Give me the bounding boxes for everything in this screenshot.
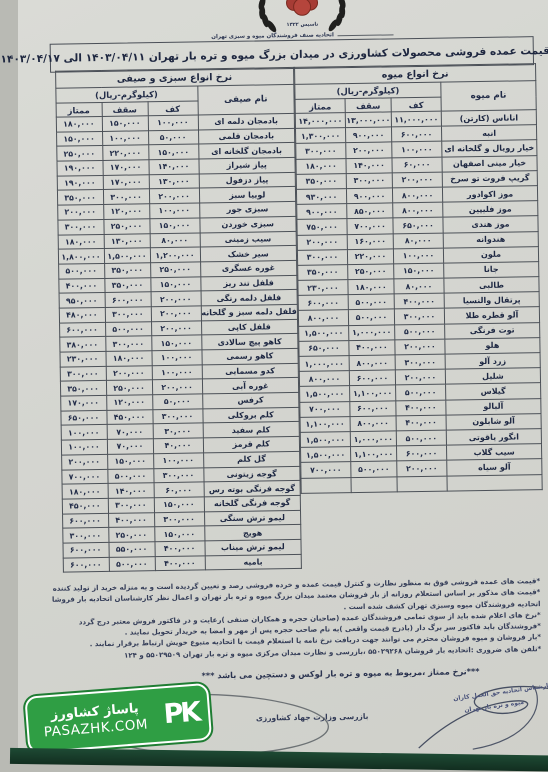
price-premium-cell: ۱۰۰,۰۰۰	[43, 440, 89, 455]
price-premium-cell: ۹۵۰,۰۰۰	[41, 293, 87, 308]
price-premium-cell: ۸۰۰,۰۰۰	[281, 371, 331, 387]
price-floor-cell: ۸۰,۰۰۰	[132, 232, 182, 247]
fruit-name-cell: هلو	[427, 337, 522, 354]
price-ceiling-cell: ۵۰۰,۰۰۰	[87, 321, 133, 336]
price-floor-cell: ۸۰۰,۰۰۰	[375, 202, 425, 218]
fruit-name-cell: آلبالو	[428, 398, 523, 415]
price-ceiling-cell: ۱۲۰,۰۰۰	[88, 395, 134, 410]
col-header-ceiling: سقف	[327, 98, 373, 113]
fruit-name-cell: موز هندی	[425, 216, 520, 233]
price-premium-cell: ۳۵۰,۰۰۰	[280, 264, 330, 280]
price-premium-cell: ۶۵۰,۰۰۰	[281, 340, 331, 356]
price-ceiling-cell: ۸۰۰,۰۰۰	[331, 355, 377, 371]
veg-name-cell: غوره عسگری	[182, 260, 279, 276]
price-floor-cell: ۲۰۰,۰۰۰	[133, 291, 183, 306]
fruit-name-cell: آلو سیاه	[429, 459, 524, 476]
price-premium-cell: ۳۰۰,۰۰۰	[42, 366, 88, 381]
veg-name-header: نام صیفی	[179, 84, 276, 115]
price-premium-cell: ۲۳۰,۰۰۰	[41, 351, 87, 366]
veg-name-cell: فلفل دلمه رنگی	[183, 290, 280, 306]
price-floor-cell	[379, 476, 429, 492]
price-premium-cell: ۱,۵۰۰,۰۰۰	[283, 447, 333, 463]
price-premium-cell: ۳۵۰,۰۰۰	[278, 173, 328, 189]
price-floor-cell: ۴۰۰,۰۰۰	[378, 400, 428, 416]
price-premium-cell: ۳۵۰,۰۰۰	[39, 190, 85, 205]
fruit-name-cell: گیلاس	[428, 383, 523, 400]
price-floor-cell: ۳۰۰,۰۰۰	[136, 511, 186, 526]
price-floor-cell: ۱۵۰,۰۰۰	[132, 276, 182, 291]
price-ceiling-cell: ۱۵۰,۰۰۰	[84, 116, 130, 131]
price-premium-cell: ۱۸۰,۰۰۰	[278, 158, 328, 174]
price-ceiling-cell: ۵۰۰,۰۰۰	[89, 468, 135, 483]
price-premium-cell: ۱۰۰,۰۰۰	[43, 425, 89, 440]
price-premium-cell: ۲۰۰,۰۰۰	[279, 234, 329, 250]
col-header-ceiling: سقف	[84, 102, 130, 117]
price-floor-cell: ۶۰,۰۰۰	[374, 157, 424, 173]
veg-name-cell: کلم بروکلی	[184, 407, 281, 423]
fruit-name-cell: خیار مینی اصفهان	[424, 155, 519, 172]
veg-name-cell: کاهو رسمی	[183, 348, 280, 364]
price-ceiling-cell: ۴۰۰,۰۰۰	[90, 512, 136, 527]
price-ceiling-cell: ۳۰۰,۰۰۰	[90, 498, 136, 513]
veg-name-cell: کلم سفید	[185, 422, 282, 438]
price-floor-cell: ۳۰۰,۰۰۰	[377, 354, 427, 370]
price-ceiling-cell: ۵۰۰,۰۰۰	[91, 556, 137, 571]
fruit-name-cell: شلیل	[427, 368, 522, 385]
price-premium-cell: ۱,۳۰۰,۰۰۰	[278, 128, 328, 144]
price-ceiling-cell: ۲۵۰,۰۰۰	[85, 219, 131, 234]
price-ceiling-cell: ۳۵۰,۰۰۰	[86, 277, 132, 292]
price-premium-cell: ۳۸۰,۰۰۰	[41, 337, 87, 352]
price-premium-cell: ۲۰۰,۰۰۰	[43, 454, 89, 469]
veg-table-body: بادمجان دلمه ای۱۰۰,۰۰۰۱۵۰,۰۰۰۱۸۰,۰۰۰بادم…	[38, 113, 284, 572]
laurel-wreath-icon: تاسیس ۱۳۲۲	[224, 0, 345, 33]
price-floor-cell: ۱۱,۰۰۰,۰۰۰	[373, 111, 423, 127]
price-floor-cell: ۲۰۰,۰۰۰	[379, 460, 429, 476]
price-premium-cell: ۱۸۰,۰۰۰	[38, 116, 84, 131]
price-ceiling-cell: ۳۵۰,۰۰۰	[86, 263, 132, 278]
price-premium-cell: ۱,۵۰۰,۰۰۰	[281, 325, 331, 341]
price-premium-cell: ۱۸۰,۰۰۰	[40, 234, 86, 249]
price-premium-cell: ۴۸۰,۰۰۰	[41, 307, 87, 322]
fruit-table-body: اناناس (کارتن)۱۱,۰۰۰,۰۰۰۱۳,۰۰۰,۰۰۰۱۴,۰۰۰…	[277, 110, 524, 493]
price-ceiling-cell: ۳۰۰,۰۰۰	[87, 307, 133, 322]
footnotes: *قیمت های عمده فروشی فوق به منظور نظارت …	[34, 576, 523, 663]
veg-name-cell: لیمو ترش میناب	[186, 539, 283, 555]
price-floor-cell: ۱۵۰,۰۰۰	[136, 497, 186, 512]
price-floor-cell: ۲۵۰,۰۰۰	[132, 262, 182, 277]
price-ceiling-cell: ۲۵۰,۰۰۰	[330, 264, 376, 280]
price-ceiling-cell: ۴۵۰,۰۰۰	[88, 409, 134, 424]
price-floor-cell: ۱۴۰,۰۰۰	[130, 159, 180, 174]
price-ceiling-cell: ۱۴۰,۰۰۰	[328, 157, 374, 173]
price-premium-cell: ۸۰۰,۰۰۰	[280, 310, 330, 326]
price-floor-cell: ۵۰۰,۰۰۰	[378, 384, 428, 400]
veg-name-cell: پیاز شیراز	[180, 157, 277, 173]
price-premium-cell: ۲۳۰,۰۰۰	[280, 280, 330, 296]
expert-signature: کارشناس اتحادیه حق العمل کاران میوه و تر…	[392, 680, 548, 756]
price-floor-cell: ۴۰۰,۰۰۰	[376, 293, 426, 309]
col-header-premium: ممتاز	[277, 99, 327, 114]
price-ceiling-cell: ۱۸۰,۰۰۰	[87, 351, 133, 366]
price-premium-cell: ۹۳۰,۰۰۰	[278, 189, 328, 205]
price-ceiling-cell: ۶۰۰,۰۰۰	[87, 292, 133, 307]
price-floor-cell: ۳۰,۰۰۰	[135, 423, 185, 438]
price-ceiling-cell: ۷۰,۰۰۰	[89, 439, 135, 454]
veg-name-cell: کدو مسمایی	[184, 363, 281, 379]
fruit-name-cell: آلو قطره طلا	[426, 307, 521, 324]
col-header-floor: کف	[373, 97, 423, 112]
price-floor-cell: ۵۰۰,۰۰۰	[377, 324, 427, 340]
price-floor-cell: ۱,۲۰۰,۰۰۰	[132, 247, 182, 262]
price-floor-cell: ۵۰۰,۰۰۰	[378, 430, 428, 446]
premium-grade-note: ***نرخ ممتاز ،مربوط به میوه و تره بار لو…	[184, 666, 462, 680]
fruit-name-cell: زرد آلو	[427, 353, 522, 370]
price-floor-cell: ۴۰,۰۰۰	[135, 438, 185, 453]
fruit-name-cell: آلو شابلون	[428, 413, 523, 430]
veg-name-cell: فلفل دلمه سبز و گلخانه	[183, 304, 280, 320]
veg-name-cell: گوجه زیتونی	[185, 466, 282, 482]
price-premium-cell: ۳۰۰,۰۰۰	[278, 143, 328, 159]
price-premium-cell: ۱۹۰,۰۰۰	[38, 161, 84, 176]
price-floor-cell: ۲۰۰,۰۰۰	[377, 339, 427, 355]
price-floor-cell: ۱۰۰,۰۰۰	[374, 142, 424, 158]
price-floor-cell: ۱۵۰,۰۰۰	[130, 144, 180, 159]
price-table-region: نرخ انواع میوه نام میوه (کیلوگرم-ریال) ک…	[32, 63, 526, 573]
veg-name-cell: سبزی خوردن	[181, 216, 278, 232]
price-premium-cell: ۶۰۰,۰۰۰	[280, 295, 330, 311]
price-floor-cell: ۱۰۰,۰۰۰	[135, 453, 185, 468]
price-premium-cell: ۶۵۰,۰۰۰	[42, 410, 88, 425]
price-ceiling-cell: ۷۰,۰۰۰	[89, 424, 135, 439]
price-floor-cell: ۱۵۰,۰۰۰	[131, 218, 181, 233]
price-ceiling-cell: ۱۳۰,۰۰۰	[86, 233, 132, 248]
price-ceiling-cell: ۱۷۰,۰۰۰	[85, 174, 131, 189]
price-ceiling-cell: ۹۰۰,۰۰۰	[328, 188, 374, 204]
veg-price-table: نرخ انواع سبزی و صیفی نام صیفی (کیلوگرم-…	[37, 67, 284, 573]
fruit-name-cell: جانا	[426, 261, 521, 278]
fruit-name-cell: انبه	[423, 125, 518, 142]
price-ceiling-cell: ۱۴۰,۰۰۰	[90, 483, 136, 498]
fruit-table-header: نرخ انواع میوه نام میوه (کیلوگرم-ریال) ک…	[277, 64, 519, 114]
price-floor-cell: ۱۰۰,۰۰۰	[130, 115, 180, 130]
price-ceiling-cell: ۱۷۰,۰۰۰	[84, 160, 130, 175]
price-premium-cell: ۴۵۰,۰۰۰	[44, 498, 90, 513]
veg-name-cell: بادمجان گلخانه ای	[180, 143, 277, 159]
price-floor-cell: ۸۰,۰۰۰	[376, 278, 426, 294]
price-ceiling-cell: ۲۵۰,۰۰۰	[90, 527, 136, 542]
fruit-name-cell: هندوانه	[425, 231, 520, 248]
price-floor-cell: ۱۰۰,۰۰۰	[131, 203, 181, 218]
veg-name-cell: هویج	[186, 525, 283, 541]
col-header-premium: ممتاز	[38, 102, 84, 117]
table-row: بامیه۴۰۰,۰۰۰۵۰۰,۰۰۰۶۰۰,۰۰۰	[45, 554, 284, 572]
fruit-name-cell: موز اکوادور	[424, 186, 519, 203]
price-premium-cell: ۴۰۰,۰۰۰	[40, 278, 86, 293]
price-floor-cell: ۱۰۰,۰۰۰	[375, 248, 425, 264]
price-ceiling-cell: ۹۰۰,۰۰۰	[327, 127, 373, 143]
price-premium-cell: ۶۰۰,۰۰۰	[44, 542, 90, 557]
document-content: تاسیس ۱۳۲۲ اتحادیه صنف فروشندگان میوه و …	[0, 0, 548, 761]
price-premium-cell: ۱۷۰,۰۰۰	[42, 395, 88, 410]
price-floor-cell: ۶۰۰,۰۰۰	[378, 445, 428, 461]
price-ceiling-cell: ۵۰۰,۰۰۰	[330, 309, 376, 325]
price-ceiling-cell: ۱,۱۰۰,۰۰۰	[333, 446, 379, 462]
price-floor-cell: ۴۰۰,۰۰۰	[378, 415, 428, 431]
price-premium-cell: ۲۰۰,۰۰۰	[39, 205, 85, 220]
veg-name-cell: کرفس	[184, 392, 281, 408]
price-premium-cell: ۵۰۰,۰۰۰	[40, 263, 86, 278]
veg-name-cell: پیاز دزفول	[181, 172, 278, 188]
fruit-name-header: نام میوه	[423, 81, 518, 111]
price-premium-cell: ۱,۸۰۰,۰۰۰	[40, 249, 86, 264]
fruit-name-cell: طالبی	[426, 277, 521, 294]
price-premium-cell: ۱,۱۰۰,۰۰۰	[282, 416, 332, 432]
price-premium-cell: ۶۰۰,۰۰۰	[45, 557, 91, 572]
fruit-name-cell: گریپ فروت تو سرخ	[424, 170, 519, 187]
price-floor-cell: ۴۰۰,۰۰۰	[136, 541, 186, 556]
price-floor-cell: ۲۰۰,۰۰۰	[377, 369, 427, 385]
price-ceiling-cell: ۱۶۰,۰۰۰	[329, 233, 375, 249]
document-title: کشف قیمت عمده فروشی محصولات کشاورزی در م…	[0, 44, 548, 65]
fruit-name-cell: پرتقال والنسیا	[426, 292, 521, 309]
price-ceiling-cell: ۶۰۰,۰۰۰	[331, 370, 377, 386]
veg-name-cell: بامیه	[187, 554, 284, 570]
price-ceiling-cell: ۱۵۰,۰۰۰	[89, 454, 135, 469]
veg-name-cell: غوره آبی	[184, 378, 281, 394]
price-floor-cell: ۱۵۰,۰۰۰	[376, 263, 426, 279]
price-premium-cell: ۱۸۰,۰۰۰	[44, 484, 90, 499]
price-floor-cell: ۱۰۰,۰۰۰	[133, 350, 183, 365]
fruit-name-cell	[429, 474, 524, 491]
price-ceiling-cell	[333, 476, 379, 492]
price-ceiling-cell: ۲۵۰,۰۰۰	[88, 380, 134, 395]
letterhead-rule	[320, 34, 376, 36]
price-premium-cell: ۳۰۰,۰۰۰	[44, 528, 90, 543]
veg-name-cell: کاهو پیچ سالادی	[183, 334, 280, 350]
veg-name-cell: لیمو ترش سنگی	[186, 510, 283, 526]
price-floor-cell: ۳۰۰,۰۰۰	[376, 309, 426, 325]
price-ceiling-cell: ۱۸۰,۰۰۰	[330, 279, 376, 295]
price-ceiling-cell: ۲۲۰,۰۰۰	[329, 249, 375, 265]
pomegranate-icon	[268, 0, 299, 16]
price-ceiling-cell: ۱۲۰,۰۰۰	[85, 204, 131, 219]
price-floor-cell: ۲۰۰,۰۰۰	[133, 306, 183, 321]
fruit-name-cell: توت فرنگی	[427, 322, 522, 339]
price-floor-cell: ۴۰۰,۰۰۰	[137, 556, 187, 571]
veg-name-cell: بادمجان قلمی	[180, 128, 277, 144]
price-floor-cell: ۳۰۰,۰۰۰	[134, 409, 184, 424]
price-ceiling-cell: ۱,۰۰۰,۰۰۰	[332, 431, 378, 447]
price-ceiling-cell: ۲۰۰,۰۰۰	[328, 142, 374, 158]
price-floor-cell: ۶۰,۰۰۰	[136, 482, 186, 497]
price-floor-cell: ۵۰,۰۰۰	[134, 394, 184, 409]
price-ceiling-cell: ۲۰۰,۰۰۰	[88, 365, 134, 380]
fruit-name-cell: سیب گلاب	[428, 444, 523, 461]
price-ceiling-cell: ۵۵۰,۰۰۰	[90, 542, 136, 557]
price-premium-cell: ۷۰۰,۰۰۰	[43, 469, 89, 484]
price-ceiling-cell: ۳۰۰,۰۰۰	[85, 189, 131, 204]
price-floor-cell: ۶۰۰,۰۰۰	[373, 126, 423, 142]
price-floor-cell: ۲۰۰,۰۰۰	[374, 172, 424, 188]
price-ceiling-cell: ۳۰۰,۰۰۰	[87, 336, 133, 351]
veg-name-cell: فلفل تند ریز	[182, 275, 279, 291]
price-ceiling-cell: ۴۰۰,۰۰۰	[331, 340, 377, 356]
price-ceiling-cell: ۸۰۰,۰۰۰	[332, 416, 378, 432]
pasazhk-logo-monogram-icon: PK	[139, 698, 187, 728]
veg-name-cell: بادمجان دلمه ای	[180, 113, 277, 129]
price-ceiling-cell: ۷۰۰,۰۰۰	[329, 218, 375, 234]
price-ceiling-cell: ۱,۰۰۰,۰۰۰	[331, 325, 377, 341]
price-premium-cell: ۷۰۰,۰۰۰	[282, 401, 332, 417]
price-premium-cell: ۳۰۰,۰۰۰	[279, 249, 329, 265]
price-ceiling-cell: ۶۰۰,۰۰۰	[332, 400, 378, 416]
scanned-paper: تاسیس ۱۳۲۲ اتحادیه صنف فروشندگان میوه و …	[0, 0, 548, 761]
price-ceiling-cell: ۱,۵۰۰,۰۰۰	[86, 248, 132, 263]
price-floor-cell: ۲۰۰,۰۰۰	[133, 321, 183, 336]
veg-name-cell: سبزی جور	[181, 202, 278, 218]
price-floor-cell: ۳۰۰,۰۰۰	[135, 467, 185, 482]
veg-name-cell: سیر خشک	[182, 246, 279, 262]
price-floor-cell: ۱۵۰,۰۰۰	[133, 335, 183, 350]
veg-name-cell: فلفل کاپی	[183, 319, 280, 335]
price-floor-cell: ۲۰۰,۰۰۰	[134, 379, 184, 394]
fruit-name-cell: خیار رویال و گلخانه ای	[424, 140, 519, 157]
price-floor-cell: ۸۰,۰۰۰	[375, 233, 425, 249]
price-floor-cell: ۶۵۰,۰۰۰	[375, 217, 425, 233]
price-ceiling-cell: ۳۰۰,۰۰۰	[328, 173, 374, 189]
veg-name-cell: لوبیا سبز	[181, 187, 278, 203]
price-floor-cell: ۵۰,۰۰۰	[130, 130, 180, 145]
price-premium-cell: ۳۰۰,۰۰۰	[39, 219, 85, 234]
price-premium-cell: ۱,۵۰۰,۰۰۰	[282, 432, 332, 448]
price-ceiling-cell: ۲۲۰,۰۰۰	[84, 145, 130, 160]
price-premium-cell: ۶۰۰,۰۰۰	[44, 513, 90, 528]
fruit-name-cell: انگور یاقوتی	[428, 429, 523, 446]
veg-name-cell: گل کلم	[185, 451, 282, 467]
established-year: تاسیس ۱۳۲۲	[268, 22, 300, 28]
price-floor-cell: ۱۳۰,۰۰۰	[131, 174, 181, 189]
veg-table-header: نرخ انواع سبزی و صیفی نام صیفی (کیلوگرم-…	[37, 67, 276, 117]
price-premium-cell	[283, 477, 333, 493]
price-ceiling-cell: ۵۰۰,۰۰۰	[333, 461, 379, 477]
price-ceiling-cell: ۱,۱۰۰,۰۰۰	[332, 385, 378, 401]
price-premium-cell: ۷۰۰,۰۰۰	[283, 462, 333, 478]
col-header-floor: کف	[130, 101, 180, 116]
price-floor-cell: ۸۰۰,۰۰۰	[374, 187, 424, 203]
price-ceiling-cell: ۱۳,۰۰۰,۰۰۰	[327, 112, 373, 128]
price-ceiling-cell: ۵۰۰,۰۰۰	[330, 294, 376, 310]
price-premium-cell: ۷۵۰,۰۰۰	[279, 219, 329, 235]
price-ceiling-cell: ۸۵۰,۰۰۰	[329, 203, 375, 219]
veg-name-cell: سیب زمینی	[182, 231, 279, 247]
veg-name-cell: گوجه فرنگی بوته رس	[186, 481, 283, 497]
veg-name-cell: گوجه فرنگی گلخانه	[186, 495, 283, 511]
price-premium-cell: ۲۵۰,۰۰۰	[38, 146, 84, 161]
price-premium-cell: ۱,۰۰۰,۰۰۰	[281, 356, 331, 372]
price-premium-cell: ۶۰۰,۰۰۰	[41, 322, 87, 337]
fruit-price-table: نرخ انواع میوه نام میوه (کیلوگرم-ریال) ک…	[276, 63, 525, 493]
price-premium-cell: ۹۰۰,۰۰۰	[279, 204, 329, 220]
price-floor-cell: ۲۰۰,۰۰۰	[131, 188, 181, 203]
fruit-name-cell: موز فلیپین	[425, 201, 520, 218]
price-premium-cell: ۳۵۰,۰۰۰	[42, 381, 88, 396]
fruit-name-cell: ملون	[425, 246, 520, 263]
price-premium-cell: ۱۵۰,۰۰۰	[38, 131, 84, 146]
table-row	[283, 474, 524, 493]
fruit-name-cell: اناناس (کارتن)	[423, 110, 518, 127]
price-premium-cell: ۱,۵۰۰,۰۰۰	[282, 386, 332, 402]
veg-name-cell: کلم قرمز	[185, 437, 282, 453]
price-premium-cell: ۱۴,۰۰۰,۰۰۰	[277, 113, 327, 129]
price-premium-cell: ۱۹۰,۰۰۰	[39, 175, 85, 190]
price-floor-cell: ۱۵۰,۰۰۰	[136, 526, 186, 541]
price-ceiling-cell: ۱۰۰,۰۰۰	[84, 130, 130, 145]
price-floor-cell: ۱۰۰,۰۰۰	[134, 365, 184, 380]
